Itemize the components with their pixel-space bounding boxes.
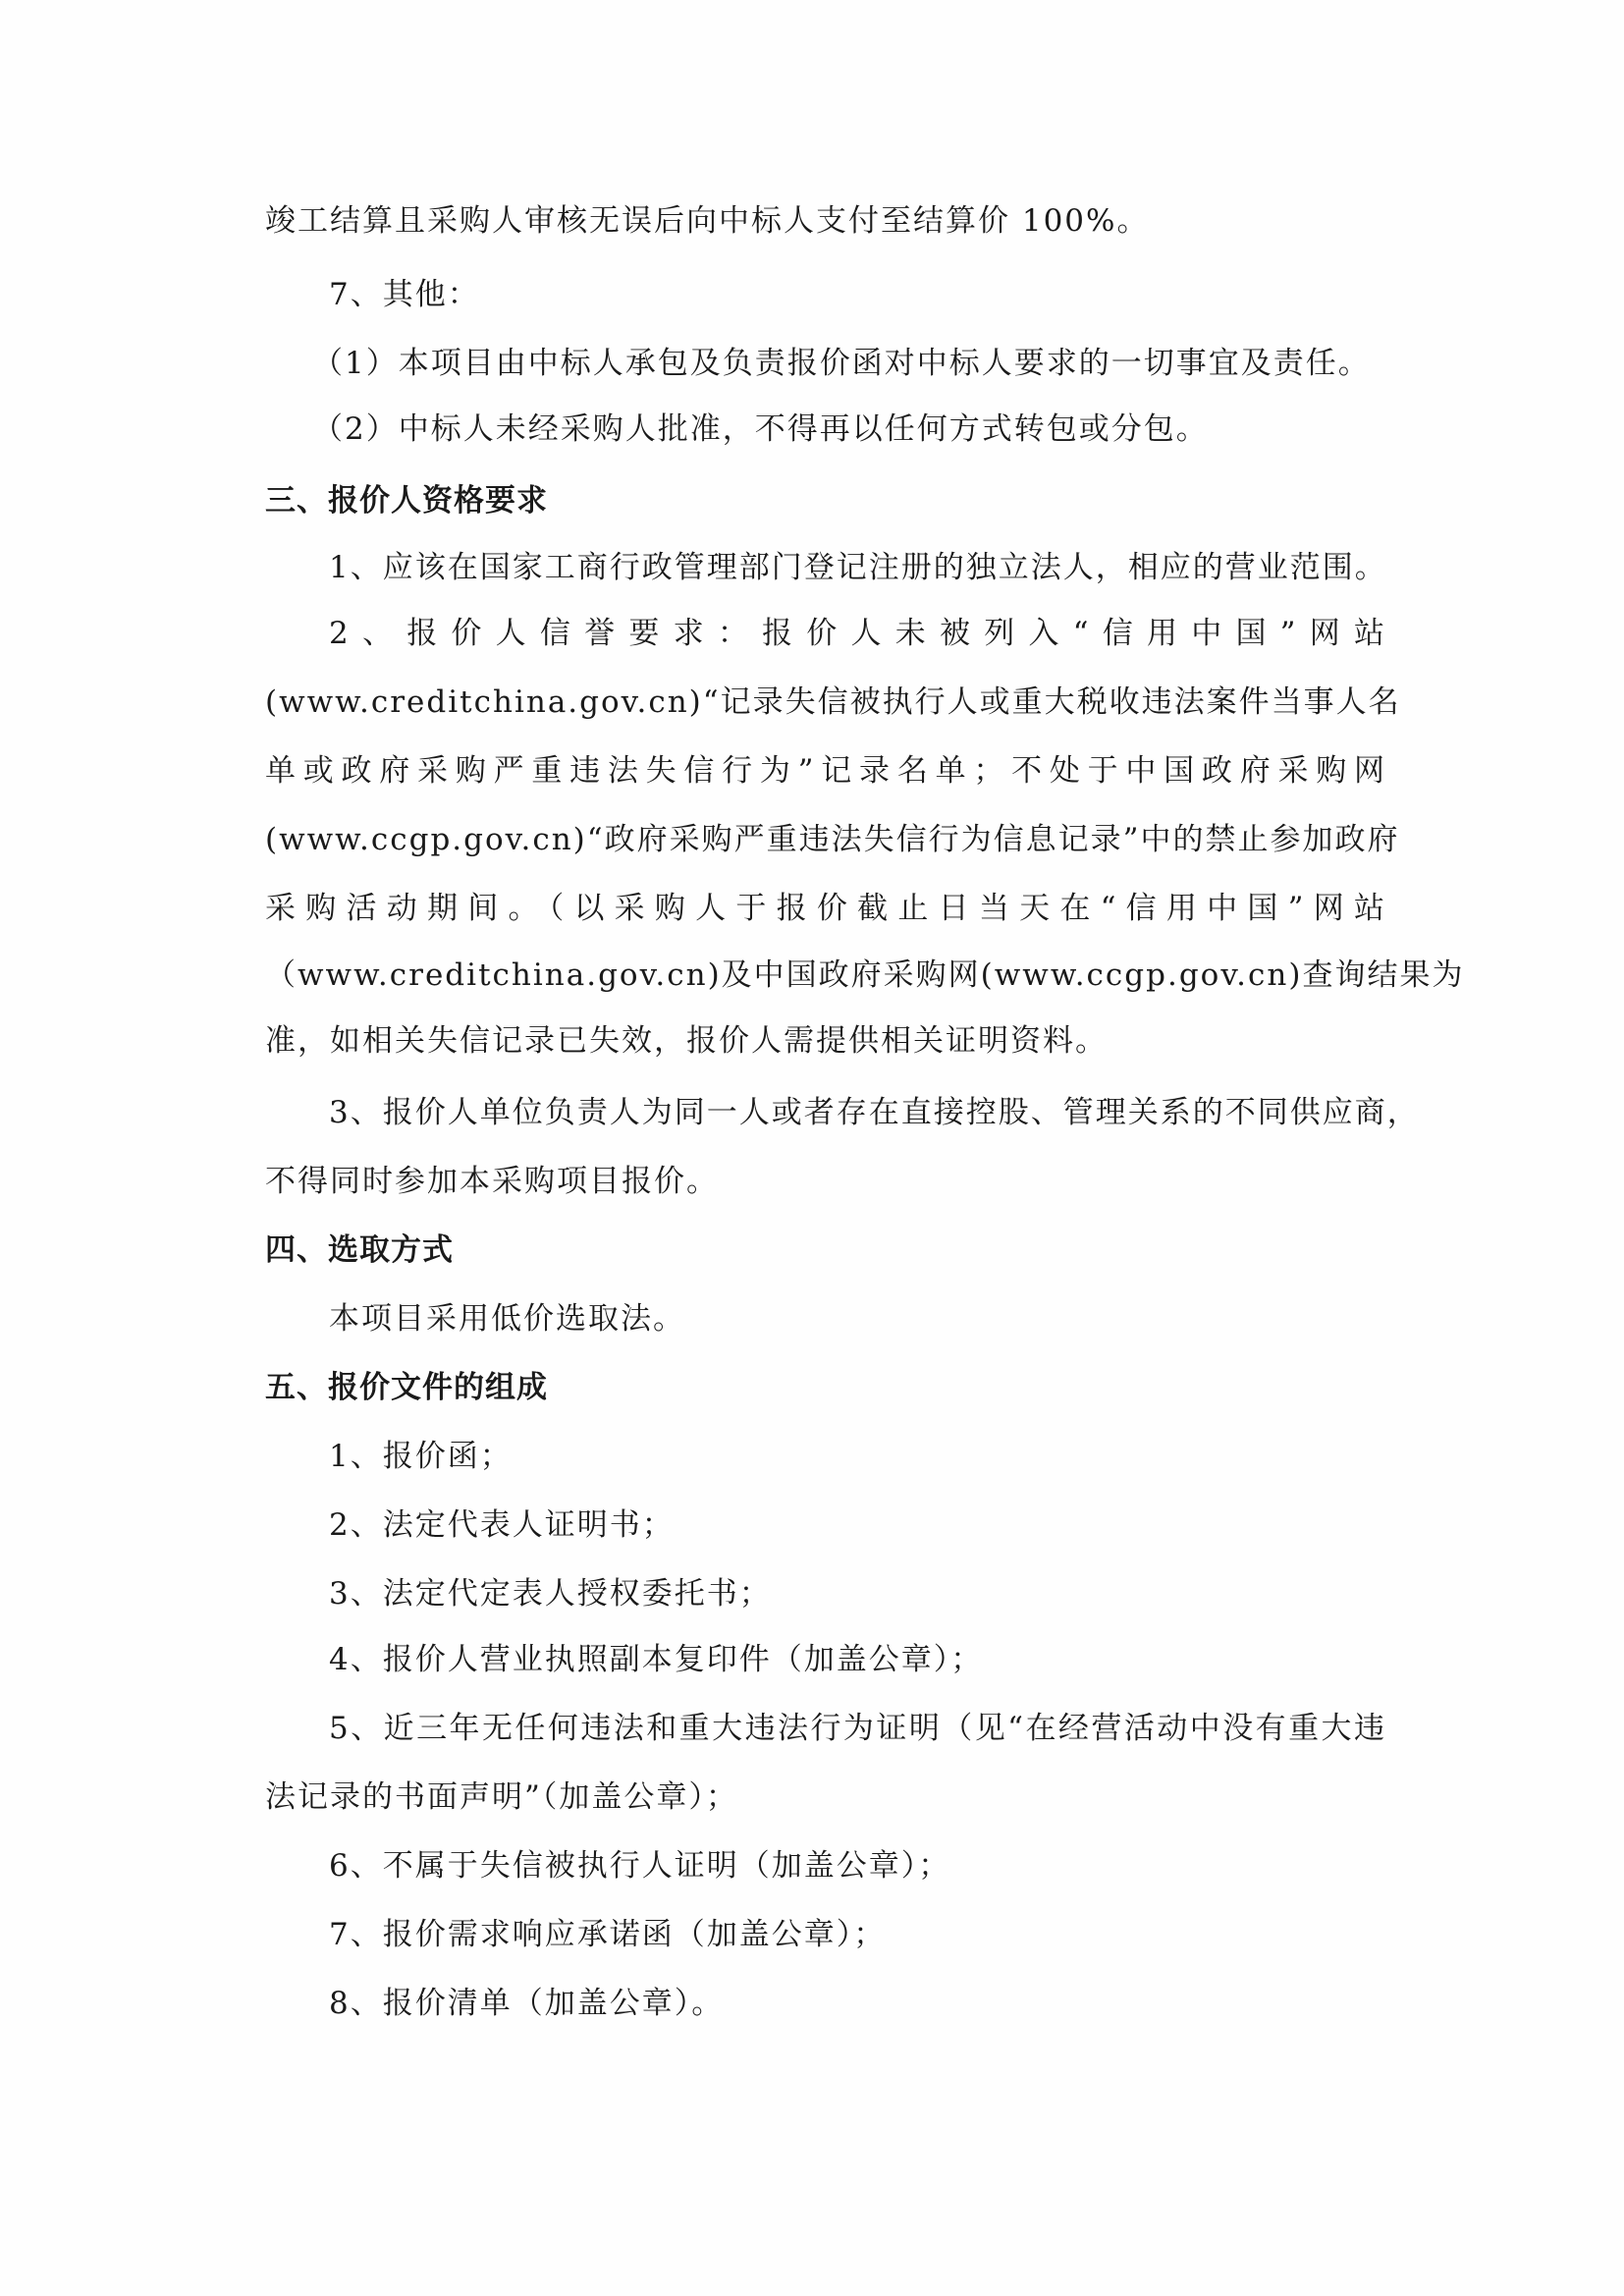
qualification-2-line-1: 2、报价人信誉要求：报价人未被列入“信用中国”网站 [329,612,1386,655]
document-item-3: 3、法定代定表人授权委托书； [329,1572,1386,1615]
other-clause-2: （2）中标人未经采购人批准，不得再以任何方式转包或分包。 [312,408,1386,451]
other-clause-1: （1）本项目由中标人承包及负责报价函对中标人要求的一切事宜及责任。 [312,342,1386,385]
document-item-4: 4、报价人营业执照副本复印件（加盖公章）； [329,1638,1386,1681]
payment-terms-continuation: 竣工结算且采购人审核无误后向中标人支付至结算价 100%。 [265,199,1386,243]
qualification-3-line-1: 3、报价人单位负责人为同一人或者存在直接控股、管理关系的不同供应商， [329,1091,1386,1134]
section-4-heading: 四、选取方式 [265,1229,1386,1272]
document-item-6: 6、不属于失信被执行人证明（加盖公章）； [329,1844,1386,1887]
selection-method: 本项目采用低价选取法。 [329,1297,1386,1340]
qualification-2-line-7: 准，如相关失信记录已失效，报价人需提供相关证明资料。 [265,1019,1386,1063]
document-item-5-line-2: 法记录的书面声明”（加盖公章）； [265,1776,1386,1819]
document-item-7: 7、报价需求响应承诺函（加盖公章）； [329,1913,1386,1956]
section-3-heading: 三、报价人资格要求 [265,479,1386,522]
item-7-other: 7、其他： [329,273,1386,316]
qualification-2-line-3: 单或政府采购严重违法失信行为”记录名单；不处于中国政府采购网 [265,749,1386,793]
qualification-2-line-2: (www.creditchina.gov.cn)“记录失信被执行人或重大税收违法… [265,681,1386,724]
document-page: 竣工结算且采购人审核无误后向中标人支付至结算价 100%。 7、其他： （1）本… [0,0,1624,2296]
qualification-1: 1、应该在国家工商行政管理部门登记注册的独立法人，相应的营业范围。 [329,546,1386,589]
qualification-3-line-2: 不得同时参加本采购项目报价。 [265,1160,1386,1203]
document-item-8: 8、报价清单（加盖公章）。 [329,1982,1386,2025]
document-item-1: 1、报价函； [329,1435,1386,1478]
section-5-heading: 五、报价文件的组成 [265,1366,1386,1409]
document-item-2: 2、法定代表人证明书； [329,1503,1386,1547]
qualification-2-line-6: （www.creditchina.gov.cn)及中国政府采购网(www.ccg… [265,954,1386,997]
qualification-2-line-4: (www.ccgp.gov.cn)“政府采购严重违法失信行为信息记录”中的禁止参… [265,818,1386,861]
document-item-5-line-1: 5、近三年无任何违法和重大违法行为证明（见“在经营活动中没有重大违 [329,1707,1386,1750]
qualification-2-line-5: 采购活动期间。（以采购人于报价截止日当天在“信用中国”网站 [265,887,1386,930]
